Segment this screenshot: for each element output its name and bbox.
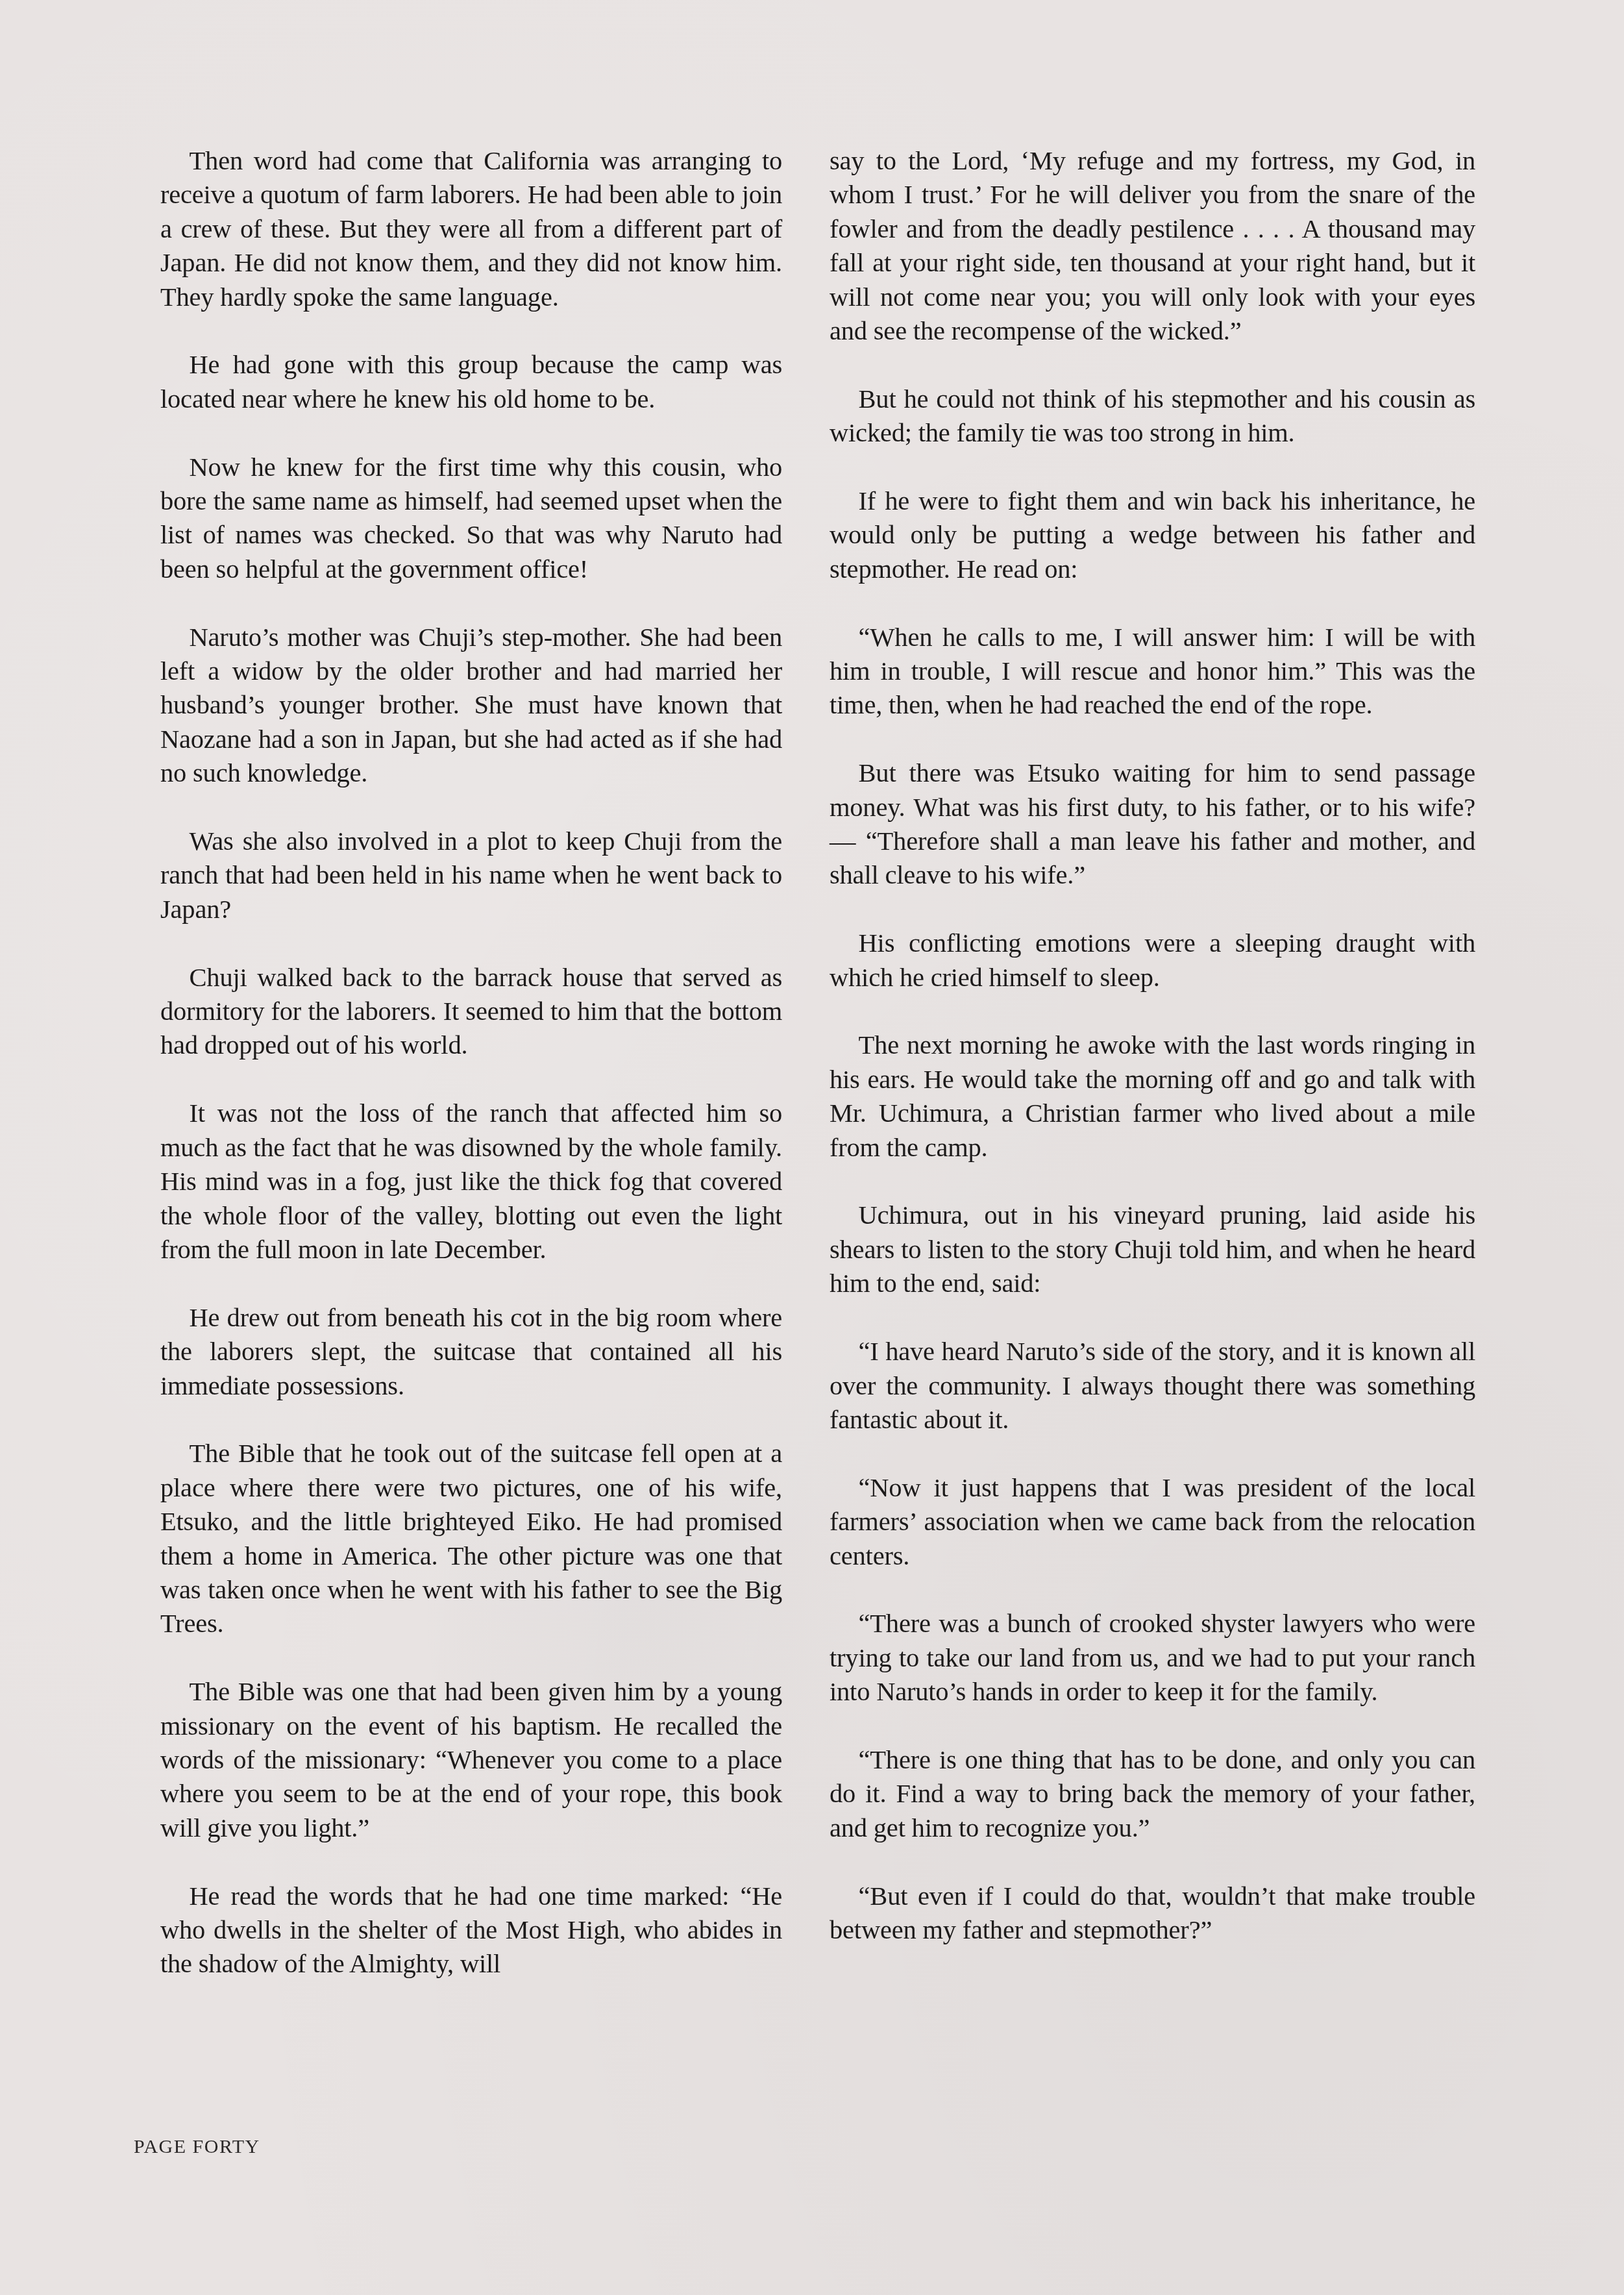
paragraph: Was she also involved in a plot to keep …	[160, 825, 782, 926]
paragraph: The Bible that he took out of the suitca…	[160, 1437, 782, 1641]
paragraph: But he could not think of his stepmother…	[830, 382, 1475, 451]
paragraph: “There was a bunch of crooked shyster la…	[830, 1607, 1475, 1709]
paragraph: If he were to fight them and win back hi…	[830, 484, 1475, 586]
paragraph: “I have heard Naruto’s side of the story…	[830, 1335, 1475, 1437]
paragraph: “Now it just happens that I was presiden…	[830, 1471, 1475, 1573]
paragraph: “There is one thing that has to be done,…	[830, 1743, 1475, 1845]
page-number-footer: PAGE FORTY	[134, 2136, 260, 2158]
left-text-column: Then word had come that California was a…	[160, 144, 782, 2015]
paragraph: “But even if I could do that, wouldn’t t…	[830, 1879, 1475, 1948]
paragraph: He drew out from beneath his cot in the …	[160, 1301, 782, 1403]
paragraph: Naruto’s mother was Chuji’s step-mother.…	[160, 621, 782, 791]
paragraph: It was not the loss of the ranch that af…	[160, 1097, 782, 1267]
paragraph: Then word had come that California was a…	[160, 144, 782, 314]
paragraph: The Bible was one that had been given hi…	[160, 1675, 782, 1845]
paragraph: He read the words that he had one time m…	[160, 1879, 782, 1981]
paragraph: Now he knew for the first time why this …	[160, 451, 782, 587]
paragraph: Uchimura, out in his vineyard pruning, l…	[830, 1198, 1475, 1300]
scanned-page: Then word had come that California was a…	[0, 0, 1624, 2295]
paragraph: Chuji walked back to the barrack house t…	[160, 961, 782, 1063]
paragraph-continued: say to the Lord, ‘My refuge and my fortr…	[830, 144, 1475, 348]
paragraph: “When he calls to me, I will answer him:…	[830, 621, 1475, 723]
paragraph: But there was Etsuko waiting for him to …	[830, 756, 1475, 893]
paragraph: His conflicting emotions were a sleeping…	[830, 926, 1475, 995]
paragraph: The next morning he awoke with the last …	[830, 1028, 1475, 1165]
paragraph: He had gone with this group because the …	[160, 348, 782, 416]
right-text-column: say to the Lord, ‘My refuge and my fortr…	[830, 144, 1475, 1981]
